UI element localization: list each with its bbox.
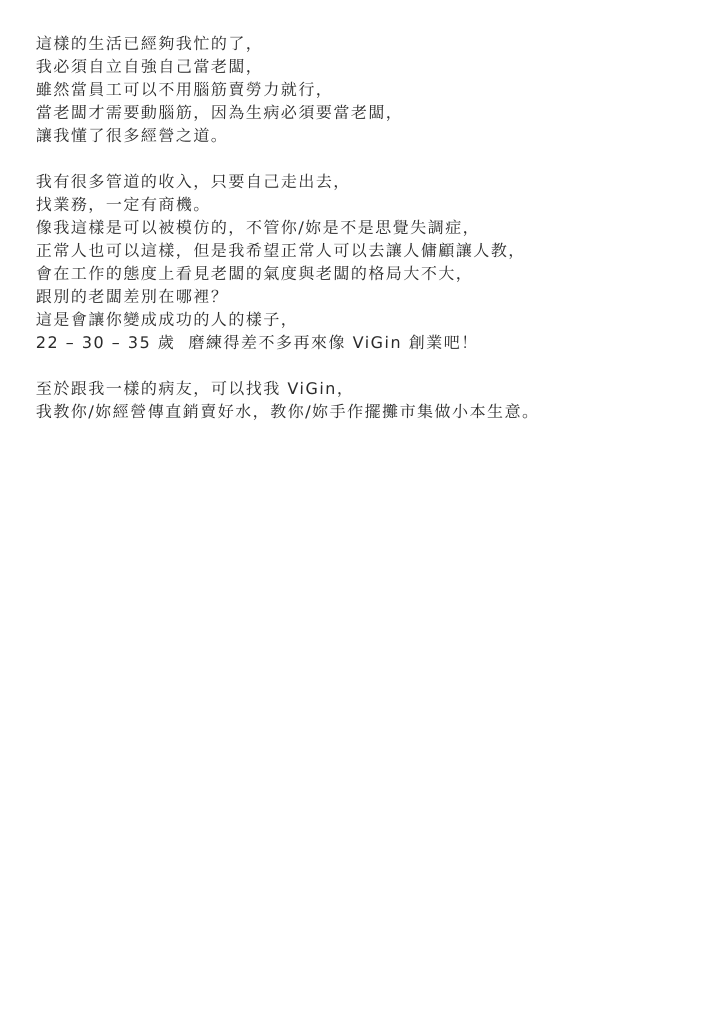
- paragraph: 這樣的生活已經夠我忙的了，我必須自立自強自己當老闆，雖然當員工可以不用腦筋賣勞力…: [36, 32, 693, 147]
- text-line: 這是會讓你變成成功的人的樣子，: [36, 308, 693, 331]
- text-line: 至於跟我一樣的病友，可以找我 ViGin，: [36, 377, 693, 400]
- text-line: 跟別的老闆差別在哪裡？: [36, 285, 693, 308]
- document-body: 這樣的生活已經夠我忙的了，我必須自立自強自己當老闆，雖然當員工可以不用腦筋賣勞力…: [36, 32, 693, 423]
- text-line: 當老闆才需要動腦筋，因為生病必須要當老闆，: [36, 101, 693, 124]
- text-line: 我有很多管道的收入，只要自己走出去，: [36, 170, 693, 193]
- text-line: 這樣的生活已經夠我忙的了，: [36, 32, 693, 55]
- text-line: 22 – 30 – 35 歲 磨練得差不多再來像 ViGin 創業吧！: [36, 331, 693, 354]
- paragraph: 我有很多管道的收入，只要自己走出去，找業務，一定有商機。像我這樣是可以被模仿的，…: [36, 170, 693, 354]
- text-line: 我教你/妳經營傳直銷賣好水，教你/妳手作擺攤市集做小本生意。: [36, 400, 693, 423]
- text-line: 讓我懂了很多經營之道。: [36, 124, 693, 147]
- text-line: 正常人也可以這樣，但是我希望正常人可以去讓人傭顧讓人教，: [36, 239, 693, 262]
- document-page: 這樣的生活已經夠我忙的了，我必須自立自強自己當老闆，雖然當員工可以不用腦筋賣勞力…: [0, 0, 723, 1024]
- text-line: 我必須自立自強自己當老闆，: [36, 55, 693, 78]
- text-line: 像我這樣是可以被模仿的，不管你/妳是不是思覺失調症，: [36, 216, 693, 239]
- text-line: 會在工作的態度上看見老闆的氣度與老闆的格局大不大，: [36, 262, 693, 285]
- paragraph: 至於跟我一樣的病友，可以找我 ViGin，我教你/妳經營傳直銷賣好水，教你/妳手…: [36, 377, 693, 423]
- text-line: 找業務，一定有商機。: [36, 193, 693, 216]
- text-line: 雖然當員工可以不用腦筋賣勞力就行，: [36, 78, 693, 101]
